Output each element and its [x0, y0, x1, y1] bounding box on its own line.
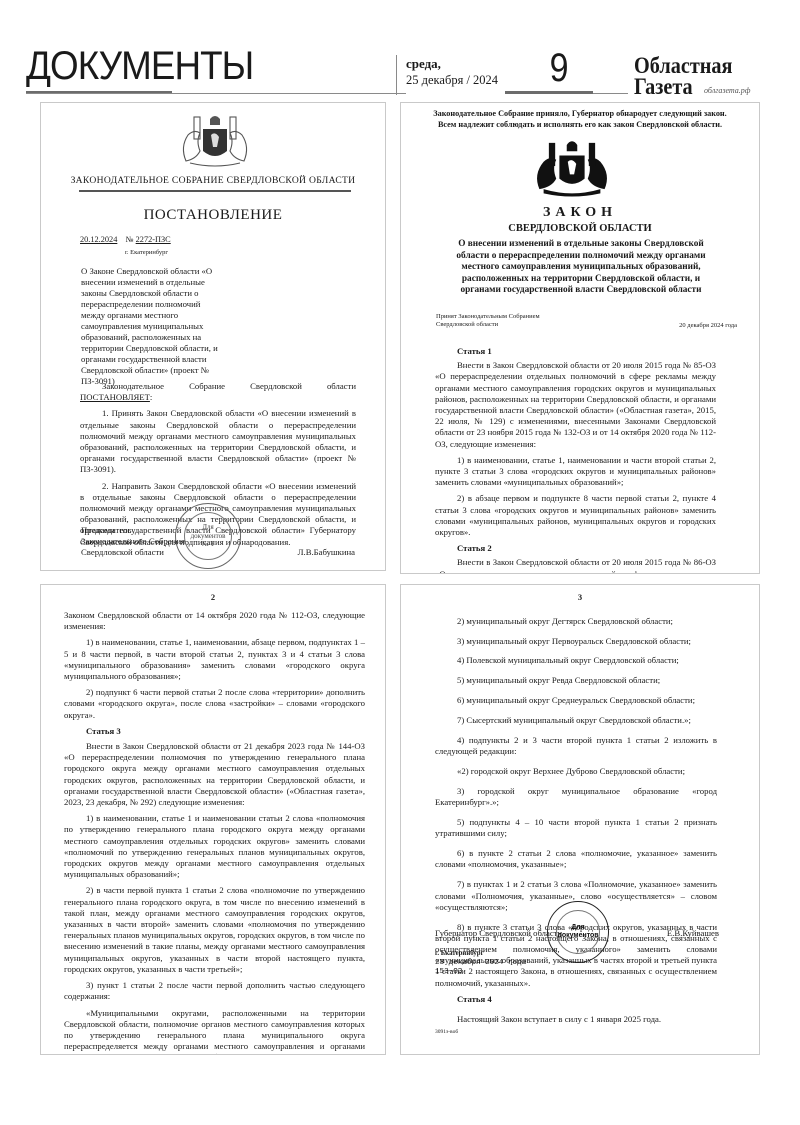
law-document-page-2: 2 Законом Свердловской области от 14 окт…: [40, 584, 386, 1055]
newspaper-url: облгазета.рф: [704, 86, 750, 95]
article-text: Настоящий Закон вступает в силу с 1 янва…: [435, 1014, 717, 1025]
law-subtitle: СВЕРДЛОВСКОЙ ОБЛАСТИ: [401, 223, 759, 234]
article-item: 2) подпункт 6 части первой статьи 2 посл…: [64, 687, 365, 721]
section-title: ДОКУМЕНТЫ: [26, 46, 253, 86]
law-preamble: Законодательное Собрание приняло, Губерн…: [401, 109, 759, 130]
signer-title: Председатель Законодательного Собрания С…: [81, 525, 185, 558]
article-item: 3) пункт 1 статьи 2 после части первой д…: [64, 980, 365, 1002]
list-item: 5) муниципальный округ Ревда Свердловско…: [435, 675, 717, 686]
list-item: 2) муниципальный округ Дегтярск Свердлов…: [435, 616, 717, 627]
page-label: 2: [41, 592, 385, 602]
law-body: Статья 1 Внести в Закон Свердловской обл…: [435, 344, 716, 574]
signing-date-number: 23 декабря 2024 года153-ОЗ: [435, 959, 526, 977]
list-item: 3) городской округ муниципальное образов…: [435, 786, 717, 808]
page-label: 3: [401, 592, 759, 602]
article-item: 1) в наименовании, статье 1 и наименован…: [64, 813, 365, 880]
issue-date: 25 декабря / 2024: [406, 74, 498, 87]
masthead: ДОКУМЕНТЫ среда, 25 декабря / 2024 9 Обл…: [0, 0, 800, 100]
issue-weekday: среда,: [406, 57, 441, 70]
adopted-by: Принят Законодательным Собранием Свердло…: [436, 313, 540, 329]
seal-stamp: Для документов № 1: [175, 503, 241, 569]
masthead-rule-right: [593, 93, 628, 94]
governor-name: Е.В.Куйвашев: [667, 928, 719, 938]
page-number: 9: [550, 48, 569, 88]
list-item: 6) в пункте 2 статьи 2 слова «полномочие…: [435, 848, 717, 870]
article-text: Внести в Закон Свердловской области от 2…: [435, 557, 716, 574]
assembly-rule: [79, 190, 351, 192]
law-document-page-3: 3 2) муниципальный округ Дегтярск Свердл…: [400, 584, 760, 1055]
adopted-date: 20 декабря 2024 года: [679, 322, 737, 329]
article-heading: Статья 2: [457, 543, 716, 554]
law-document-page-1: Законодательное Собрание приняло, Губерн…: [400, 102, 760, 574]
resolves-word: ПОСТАНОВЛЯЕТ: [80, 392, 150, 402]
coat-of-arms-icon: [176, 111, 254, 167]
newspaper-logo-line2: Газета: [634, 75, 693, 98]
number-label: №: [126, 235, 134, 244]
list-item: 7) Сысертский муниципальный округ Свердл…: [435, 715, 717, 726]
list-item: «2) городской округ Верхнее Дуброво Свер…: [435, 766, 717, 777]
article-item: 2) в части первой пункта 1 статьи 2 слов…: [64, 885, 365, 975]
decree-date: 20.12.2024: [80, 235, 117, 244]
list-item: 3) муниципальный округ Первоуральск Свер…: [435, 636, 717, 647]
decree-item: 1. Принять Закон Свердловской области «О…: [80, 408, 356, 475]
document-code: 3091з-воб: [435, 1029, 458, 1035]
masthead-rule: [26, 93, 406, 94]
governor-title: Губернатор Свердловской области: [435, 928, 562, 938]
article-text: Внести в Закон Свердловской области от 2…: [435, 360, 716, 450]
article-item: 2) в абзаце первом и подпункте 8 части п…: [435, 493, 716, 538]
list-item: 6) муниципальный округ Среднеуральск Све…: [435, 695, 717, 706]
article-item: 1) в наименовании, статье 1, наименовани…: [64, 637, 365, 682]
assembly-name: ЗАКОНОДАТЕЛЬНОЕ СОБРАНИЕ СВЕРДЛОВСКОЙ ОБ…: [41, 175, 385, 186]
list-item: 4) Полевской муниципальный округ Свердло…: [435, 655, 717, 666]
coat-of-arms-icon: [531, 135, 613, 197]
law-title: ЗАКОН: [401, 205, 759, 221]
list-item: 5) подпункты 4 – 10 части второй пункта …: [435, 817, 717, 839]
article-heading: Статья 4: [457, 994, 717, 1005]
decree-resolves: Законодательное Собрание Свердловской об…: [80, 381, 356, 403]
article-item: 1) в наименовании, статье 1, наименовани…: [435, 455, 716, 489]
article-text: Внести в Закон Свердловской области от 2…: [64, 741, 365, 808]
signer-name: Л.В.Бабушкина: [298, 547, 355, 557]
decree-subject: О Законе Свердловской области «О внесени…: [81, 266, 221, 387]
article-heading: Статья 3: [86, 726, 365, 737]
document-type-title: ПОСТАНОВЛЕНИЕ: [41, 207, 385, 224]
seal-stamp: Для документов: [547, 901, 609, 963]
page-number-underline: [505, 91, 593, 94]
list-item: 4) подпункты 2 и 3 части второй пункта 1…: [435, 735, 717, 757]
article-item: «Муниципальными округами, расположенными…: [64, 1008, 365, 1056]
article-text: Законом Свердловской области от 14 октяб…: [64, 610, 365, 632]
signing-city: г. Екатеринбург: [435, 950, 484, 957]
decree-city: г. Екатеринбург: [125, 249, 168, 256]
decree-date-number: 20.12.2024 № 2272-ПЗС: [80, 235, 171, 244]
decree-document: ЗАКОНОДАТЕЛЬНОЕ СОБРАНИЕ СВЕРДЛОВСКОЙ ОБ…: [40, 102, 386, 571]
law-name: О внесении изменений в отдельные законы …: [441, 239, 721, 297]
page-2-body: Законом Свердловской области от 14 октяб…: [64, 610, 365, 1055]
masthead-divider: [396, 55, 397, 95]
article-heading: Статья 1: [457, 346, 716, 357]
decree-number: 2272-ПЗС: [136, 235, 171, 244]
